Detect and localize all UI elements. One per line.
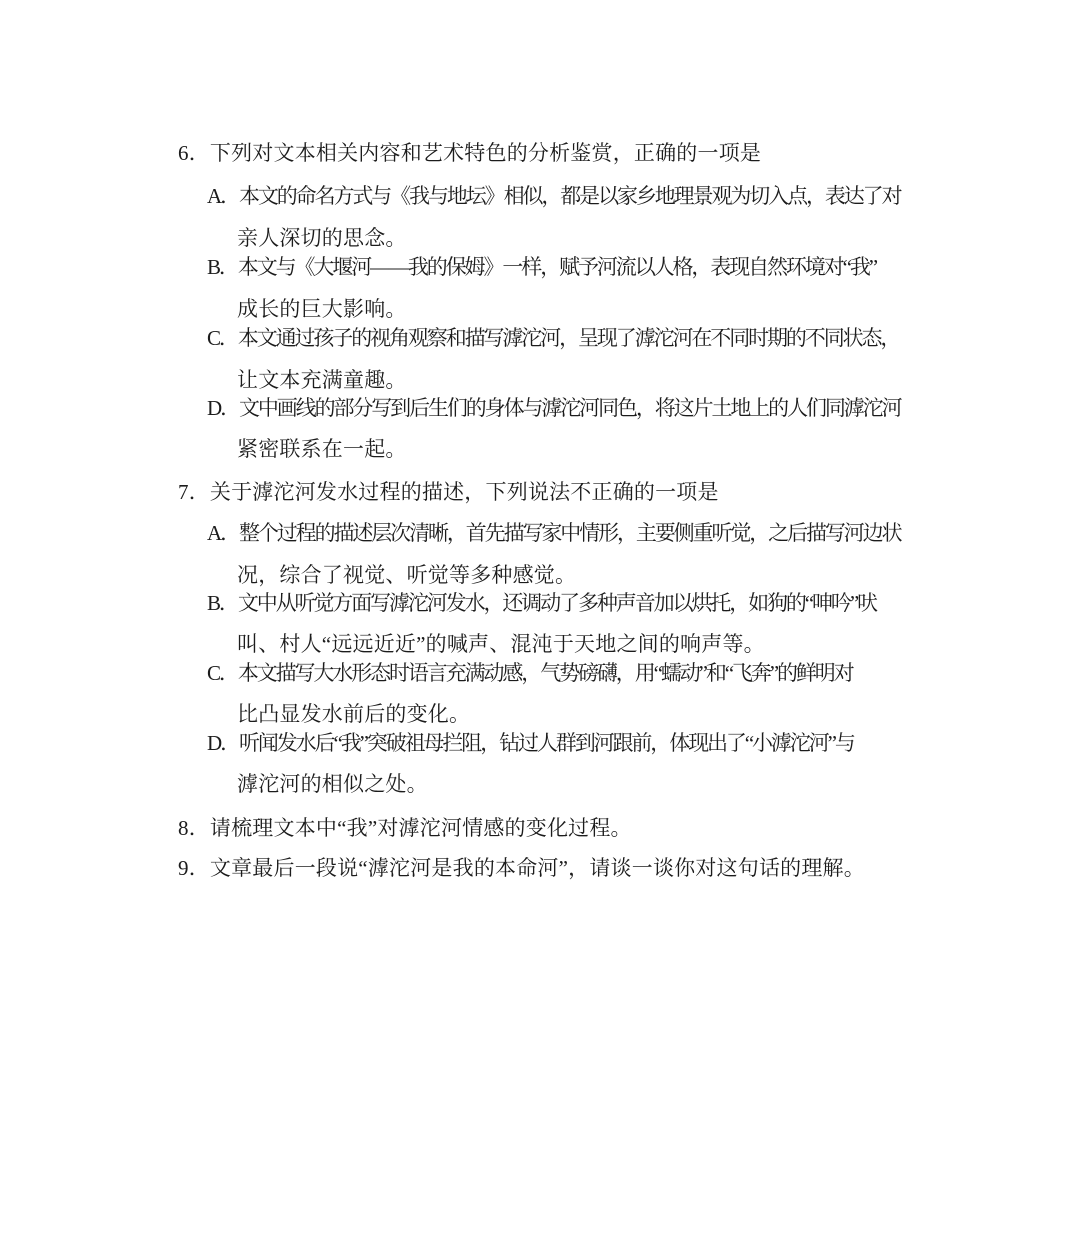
question-7-option-d-text: 听闻发水后“我”突破祖母拦阻，钻过人群到河跟前，体现出了“小滹沱河”与 <box>239 731 854 755</box>
question-6-option-c-line2: 让文本充满童趣。 <box>237 366 407 394</box>
question-7-option-b-line2: 叫、村人“远远近近”的喊声、混沌于天地之间的响声等。 <box>237 630 765 658</box>
question-6-number: 6． <box>178 141 210 165</box>
question-7-option-a-line2: 况，综合了视觉、听觉等多种感觉。 <box>237 561 576 589</box>
question-7-number: 7． <box>178 480 210 504</box>
question-7-option-b-label: B． <box>207 591 238 615</box>
question-7-option-c-label: C． <box>207 661 238 685</box>
question-6-option-b-text: 本文与《大堰河——我的保姆》一样，赋予河流以人格，表现自然环境对“我” <box>238 255 876 279</box>
question-6-option-a-line2: 亲人深切的思念。 <box>237 224 407 252</box>
question-7-option-a-label: A． <box>207 521 239 545</box>
question-6-option-a-text: 本文的命名方式与《我与地坛》相似，都是以家乡地理景观为切入点，表达了对 <box>239 184 901 208</box>
question-6-option-d-line1: D．文中画线的部分写到后生们的身体与滹沱河同色，将这片土地上的人们同滹沱河 <box>207 394 900 422</box>
question-6-stem: 下列对文本相关内容和艺术特色的分析鉴赏，正确的一项是 <box>210 141 761 165</box>
question-6-option-d-text: 文中画线的部分写到后生们的身体与滹沱河同色，将这片土地上的人们同滹沱河 <box>239 396 901 420</box>
question-6-stem-line: 6．下列对文本相关内容和艺术特色的分析鉴赏，正确的一项是 <box>178 139 761 167</box>
question-6-option-c-text: 本文通过孩子的视角观察和描写滹沱河，呈现了滹沱河在不同时期的不同状态， <box>238 326 900 350</box>
question-8-stem-line: 8．请梳理文本中“我”对滹沱河情感的变化过程。 <box>178 814 632 842</box>
question-9-number: 9． <box>178 856 210 880</box>
question-6-option-a-line1: A．本文的命名方式与《我与地坛》相似，都是以家乡地理景观为切入点，表达了对 <box>207 182 900 210</box>
question-7-option-b-text: 文中从听觉方面写滹沱河发水，还调动了多种声音加以烘托，如狗的“呻吟”吠 <box>238 591 876 615</box>
question-7-option-c-line1: C．本文描写大水形态时语言充满动感，气势磅礴，用“蠕动”和“飞奔”的鲜明对 <box>207 659 853 687</box>
question-6-option-b-label: B． <box>207 255 238 279</box>
question-7-option-c-text: 本文描写大水形态时语言充满动感，气势磅礴，用“蠕动”和“飞奔”的鲜明对 <box>238 661 853 685</box>
question-7-option-d-label: D． <box>207 731 239 755</box>
question-7-option-a-line1: A．整个过程的描述层次清晰，首先描写家中情形，主要侧重听觉，之后描写河边状 <box>207 519 900 547</box>
question-8-stem: 请梳理文本中“我”对滹沱河情感的变化过程。 <box>210 816 632 840</box>
question-6-option-c-line1: C．本文通过孩子的视角观察和描写滹沱河，呈现了滹沱河在不同时期的不同状态， <box>207 324 899 352</box>
question-6-option-a-label: A． <box>207 184 239 208</box>
question-6-option-c-label: C． <box>207 326 238 350</box>
question-8-number: 8． <box>178 816 210 840</box>
question-9-stem-line: 9．文章最后一段说“滹沱河是我的本命河”，请谈一谈你对这句话的理解。 <box>178 854 865 882</box>
question-7-stem: 关于滹沱河发水过程的描述，下列说法不正确的一项是 <box>210 480 719 504</box>
question-7-option-b-line1: B．文中从听觉方面写滹沱河发水，还调动了多种声音加以烘托，如狗的“呻吟”吠 <box>207 589 876 617</box>
question-7-option-c-line2: 比凸显发水前后的变化。 <box>237 700 470 728</box>
question-6-option-d-label: D． <box>207 396 239 420</box>
question-6-option-d-line2: 紧密联系在一起。 <box>237 435 407 463</box>
question-7-option-a-text: 整个过程的描述层次清晰，首先描写家中情形，主要侧重听觉，之后描写河边状 <box>239 521 901 545</box>
question-9-stem: 文章最后一段说“滹沱河是我的本命河”，请谈一谈你对这句话的理解。 <box>210 856 865 880</box>
question-7-stem-line: 7．关于滹沱河发水过程的描述，下列说法不正确的一项是 <box>178 478 719 506</box>
question-7-option-d-line2: 滹沱河的相似之处。 <box>237 770 428 798</box>
question-6-option-b-line2: 成长的巨大影响。 <box>237 295 407 323</box>
question-7-option-d-line1: D．听闻发水后“我”突破祖母拦阻，钻过人群到河跟前，体现出了“小滹沱河”与 <box>207 729 854 757</box>
question-6-option-b-line1: B．本文与《大堰河——我的保姆》一样，赋予河流以人格，表现自然环境对“我” <box>207 253 876 281</box>
exam-page: 6．下列对文本相关内容和艺术特色的分析鉴赏，正确的一项是 A．本文的命名方式与《… <box>0 0 1077 1260</box>
